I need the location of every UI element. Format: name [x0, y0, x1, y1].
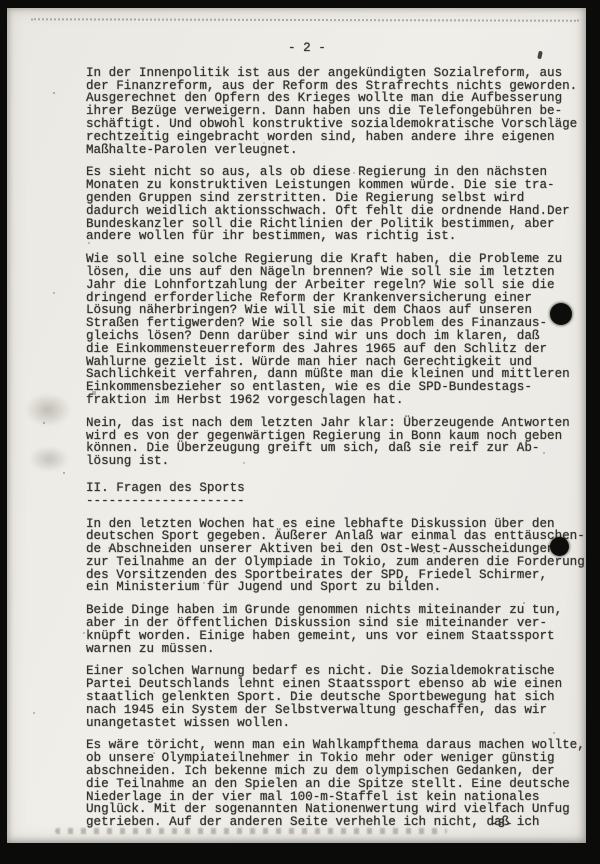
scan-smudge-left-margin-2 [29, 446, 69, 472]
paragraph-probleme-fragen: Wie soll eine solche Regierung die Kraft… [86, 253, 586, 407]
paragraph-innenpolitik: In der Innenpolitik ist aus der angekünd… [86, 67, 586, 157]
paragraph-olympia: Es wäre töricht, wenn man ein Wahlkampft… [86, 739, 586, 829]
scan-noise-speckles [7, 8, 9, 10]
paragraph-staatssport: Einer solchen Warnung bedarf es nicht. D… [86, 665, 586, 729]
section-heading: II. Fragen des Sports [86, 482, 586, 495]
paragraph-ueberzeugende-antworten: Nein, das ist nach dem letzten Jahr klar… [86, 417, 586, 468]
paragraph-sport-diskussion: In den letzten Wochen hat es eine lebhaf… [86, 518, 586, 595]
section-heading-underline: --------------------- [86, 495, 586, 508]
scan-smudge-left-margin [25, 393, 71, 427]
text-column: - 2 - In der Innenpolitik ist aus der an… [86, 42, 586, 839]
page-number-top: - 2 - [86, 42, 586, 55]
document-page: - 2 - In der Innenpolitik ist aus der an… [7, 8, 586, 843]
page-number-bottom: -3- [490, 818, 513, 831]
paragraph-regierung-leistungen: Es sieht nicht so aus, als ob diese Regi… [86, 166, 586, 243]
section-heading-block: II. Fragen des Sports ------------------… [86, 482, 586, 508]
punch-hole-bottom [550, 537, 569, 556]
paragraph-beide-dinge: Beide Dinge haben im Grunde genommen nic… [86, 604, 586, 655]
punch-hole-top [550, 303, 572, 325]
scan-artifact-dotted-line [31, 18, 579, 21]
scan-background-frame: - 2 - In der Innenpolitik ist aus der an… [0, 0, 600, 864]
